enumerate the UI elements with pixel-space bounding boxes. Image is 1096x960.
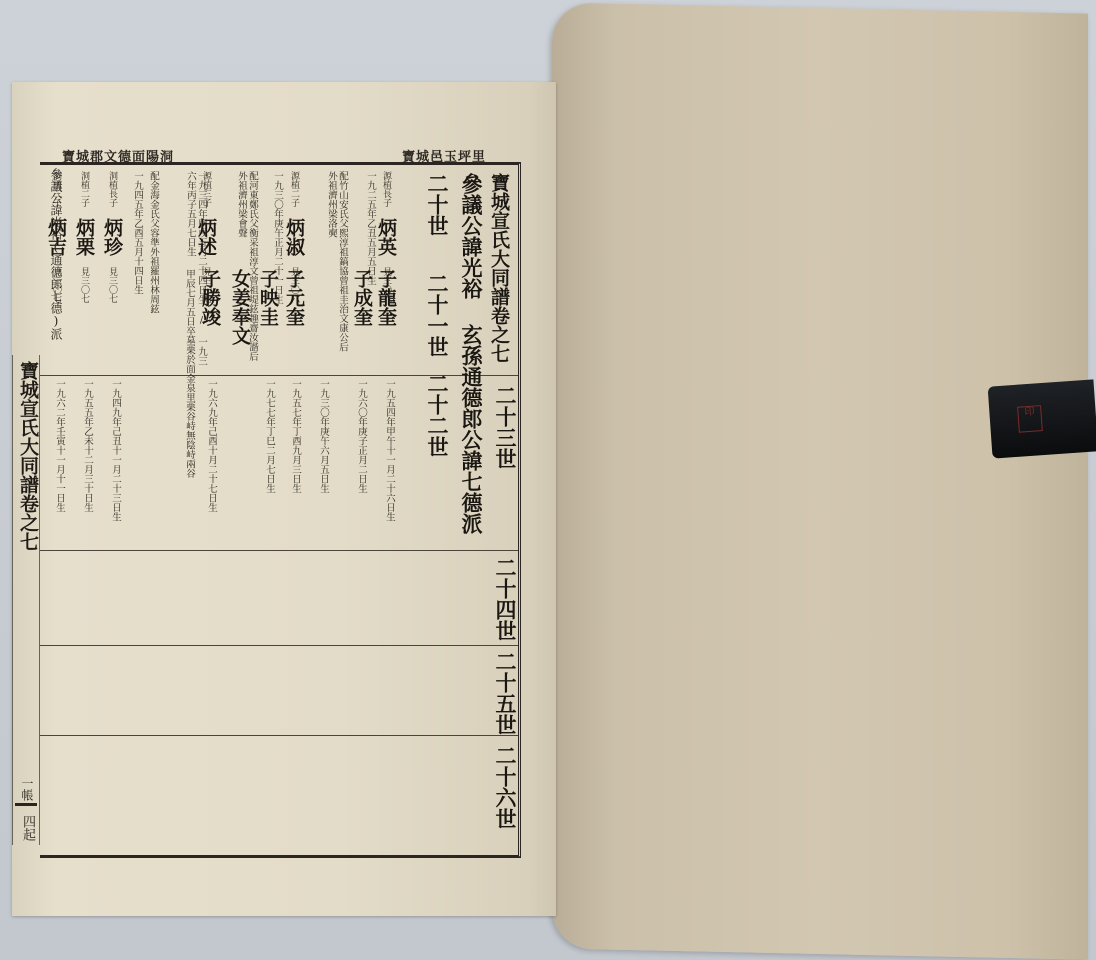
gen-label-21: 二十一世 <box>422 273 452 357</box>
row-divider <box>40 735 518 736</box>
red-seal-icon: 印 <box>1017 405 1043 433</box>
gen-label-20: 二十世 <box>422 173 452 236</box>
birth-record: 一九五四年甲午十一月二十六日生 <box>384 379 395 544</box>
row-divider <box>40 550 518 551</box>
spine-title: 寶城宣氏大同譜卷之七 <box>15 361 42 551</box>
child-name: 子勝竣 <box>204 269 215 326</box>
gen-label-24: 二十四世 <box>490 557 520 641</box>
birth-record: 一九三〇年庚午六月五日生 <box>318 379 329 544</box>
gen-label-23: 二十三世 <box>490 385 520 469</box>
spouse-record: 配竹山安氏父熙淳祖鎬協曾祖圭治文康公后 外祖濟州梁洛奭 <box>326 171 348 371</box>
birth-record: 一九六〇年庚子正月二日生 <box>356 379 367 544</box>
page-number: 四起 <box>18 815 37 841</box>
birth-record: 一九七七年丁巳二月七日生 <box>264 379 275 544</box>
birth-record: 一九五七年丁酉九月三日生 <box>290 379 301 544</box>
person-entry: 洞植長子 炳珍 見三〇七 <box>106 171 118 303</box>
book-title-column: 寶城宣氏大同譜卷之七 <box>486 173 513 363</box>
spine-column: 寶城宣氏大同譜卷之七 一帳 四起 <box>12 355 40 845</box>
child-name: 子元奎 <box>288 269 299 326</box>
child-name: 子成奎 <box>356 269 367 326</box>
person-entry: 洞植二子 炳栗 見三〇七 <box>78 171 90 303</box>
gen-label-26: 二十六世 <box>490 745 520 829</box>
death-burial-note: 甲辰七月五日卒墓栗於面金泉里栗谷峙無陰峙兩谷 <box>184 269 195 539</box>
child-name: 子映圭 <box>262 269 273 326</box>
birth-record: 一九六九年己酉十月二十七日生 <box>206 379 217 544</box>
right-page-blank <box>552 2 1088 959</box>
row-divider <box>40 645 518 646</box>
gen-label-22: 二十二世 <box>422 373 452 457</box>
branch-heading: 參議公諱光裕 玄孫通德郎公諱七德派 <box>456 173 486 534</box>
birth-record: 一九五五年乙未十二月三十日生 <box>82 379 93 544</box>
birth-record: 一九六二年壬寅十一月十一日生 <box>54 379 65 544</box>
birth-record: 一九四五年乙酉五月十四日生 <box>132 171 143 371</box>
leaf-label: 一帳 <box>19 777 36 801</box>
spouse-record: 配金海金氏父容準外祖羅州林周鉉 <box>148 171 159 371</box>
binder-clip: 印 <box>988 379 1096 458</box>
child-name: 女姜奉文 <box>234 269 245 345</box>
child-name: 子龍奎 <box>380 269 391 326</box>
gen-label-25: 二十五世 <box>490 651 520 735</box>
genealogy-table: 寶城宣氏大同譜卷之七 二十三世 二十四世 二十五世 二十六世 參議公諱光裕 玄孫… <box>40 162 521 858</box>
fish-tail-mark <box>15 803 37 806</box>
branch-side-heading: 參議公諱光裕(通德郎七德)派 <box>48 168 65 340</box>
birth-record: 一九四九年己丑十一月二十三日生 <box>110 379 121 544</box>
